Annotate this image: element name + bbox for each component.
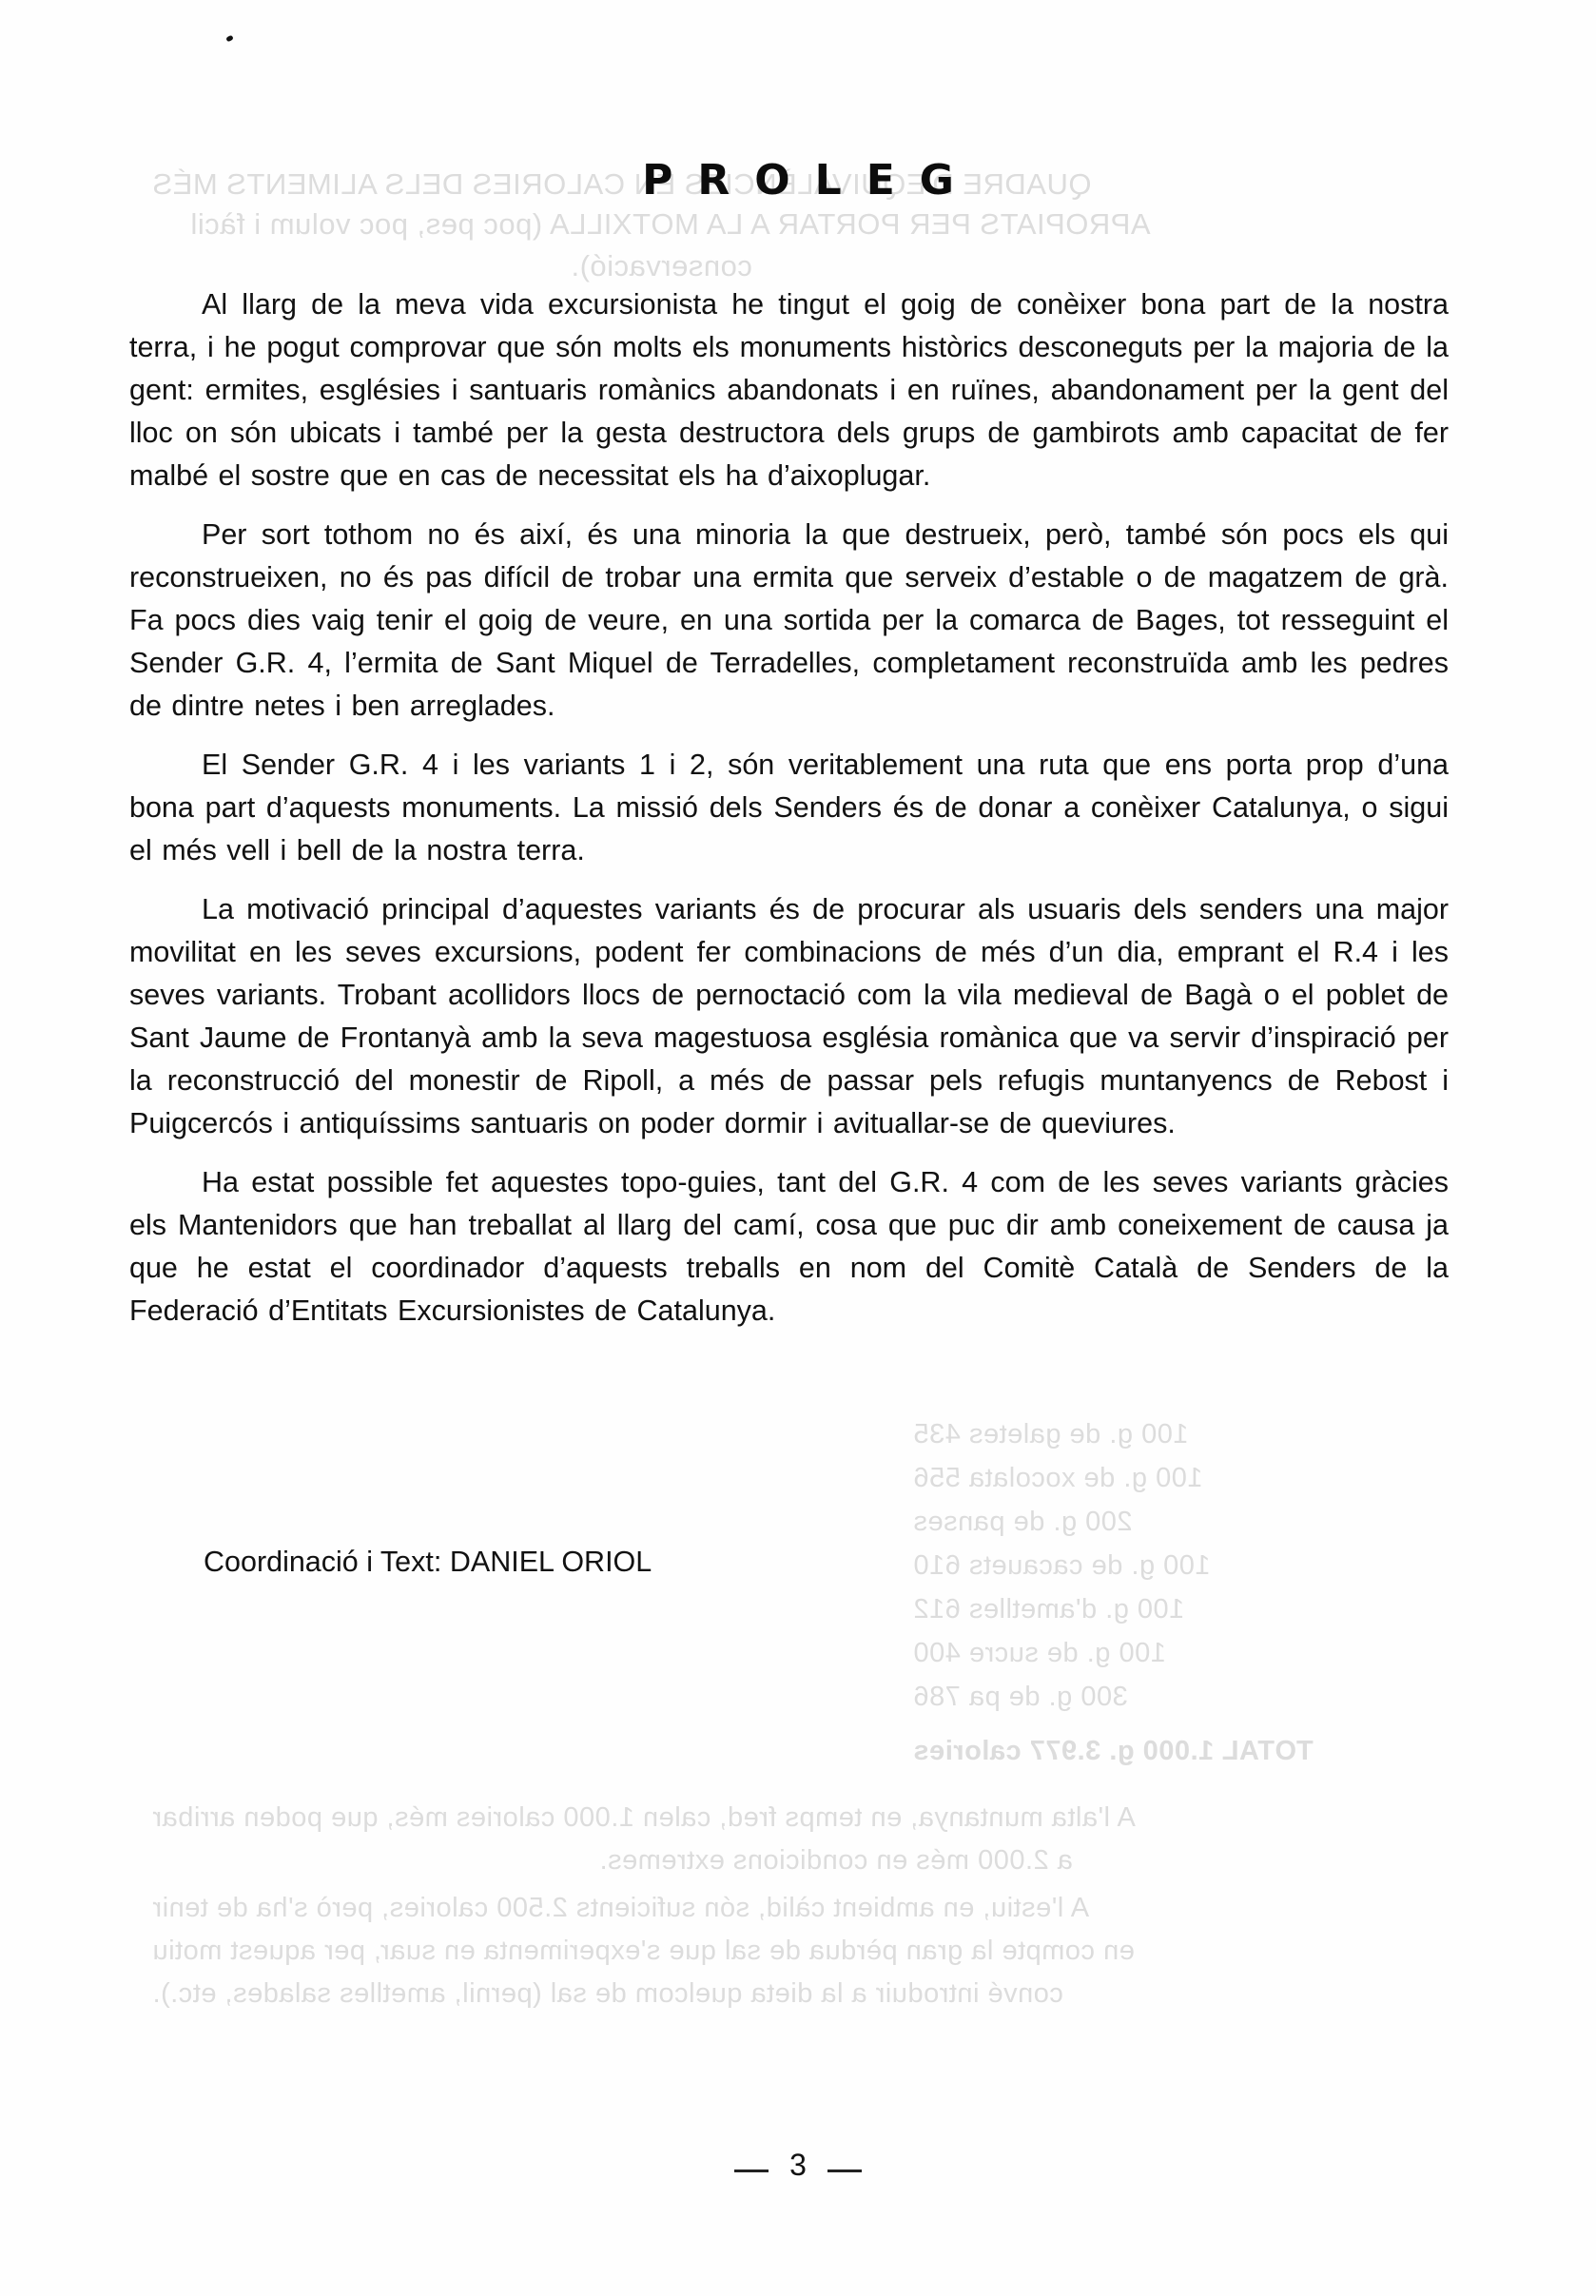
- ink-speck: [225, 35, 234, 43]
- bleed-note-line: convé introduir a la dieta quelcom de sa…: [152, 1978, 1063, 2010]
- paragraph: La motivació principal d’aquestes varian…: [129, 888, 1449, 1145]
- dash-decoration: [734, 2170, 769, 2172]
- bleed-food-row: 200 g. de panses: [913, 1507, 1133, 1538]
- bleed-food-row: 100 g. de xocolata 556: [913, 1463, 1202, 1494]
- bleed-heading-line: APROPIATS PER PORTAR A LA MOTXILLA (poc …: [190, 207, 1151, 242]
- bleed-note-line: a 2.000 més en condicions extremes.: [599, 1845, 1073, 1877]
- paragraph: Al llarg de la meva vida excursionista h…: [129, 283, 1449, 497]
- paragraph: Ha estat possible fet aquestes topo-guie…: [129, 1161, 1449, 1333]
- bleed-note-line: A l'alta muntanya, en temps fred, calen …: [152, 1802, 1136, 1834]
- bleed-total-line: TOTAL 1.000 g. 3.977 calories: [913, 1736, 1314, 1767]
- body-text: Al llarg de la meva vida excursionista h…: [129, 283, 1449, 1349]
- author-signature: Coordinació i Text: DANIEL ORIOL: [204, 1541, 652, 1584]
- bleed-food-row: 100 g. de galetes 435: [913, 1419, 1188, 1450]
- page-number-footer: 3: [0, 2146, 1596, 2184]
- bleed-note-line: A l'estiu, en ambient càlid, són suficie…: [152, 1893, 1089, 1924]
- page-number: 3: [789, 2148, 807, 2182]
- paragraph: Per sort tothom no és així, és una minor…: [129, 514, 1449, 728]
- bleed-heading-line: conservació).: [571, 249, 752, 283]
- bleed-food-row: 100 g. de cacauets 610: [913, 1550, 1211, 1582]
- page-title: PROLEG: [0, 152, 1596, 209]
- paragraph: El Sender G.R. 4 i les variants 1 i 2, s…: [129, 744, 1449, 872]
- bleed-food-row: 100 g. d'ametlles 612: [913, 1594, 1184, 1625]
- bleed-food-row: 100 g. de sucre 400: [913, 1638, 1166, 1669]
- bleed-note-line: en compte la gran pèrdua de sal que s'ex…: [152, 1936, 1135, 1967]
- bleed-food-row: 300 g. de pa 786: [913, 1682, 1128, 1713]
- dash-decoration: [827, 2170, 862, 2172]
